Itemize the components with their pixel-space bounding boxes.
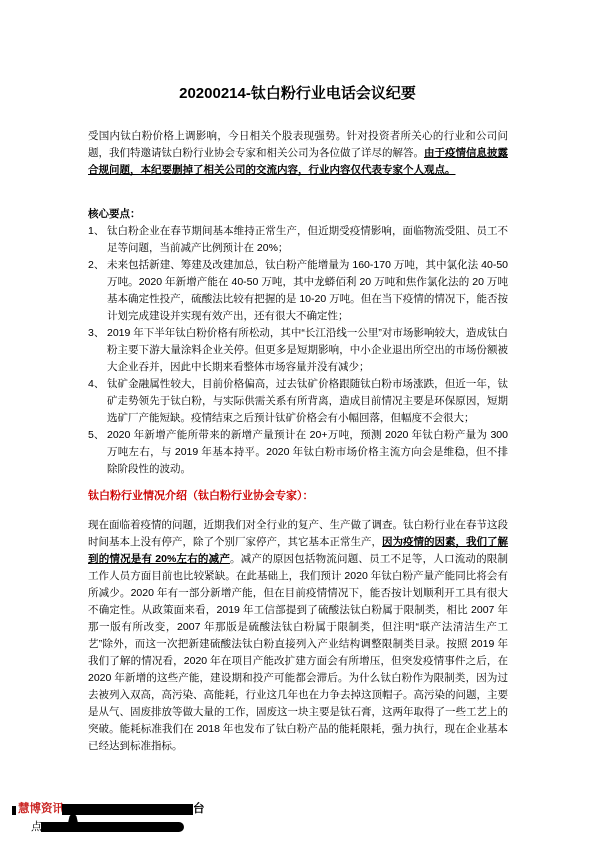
- list-item-text: 钛白粉企业在春节期间基本维持正常生产，但近期受疫情影响，面临物流受阻、员工不足等…: [107, 223, 508, 257]
- list-item-text: 2020 年新增产能所带来的新增产量预计在 20+万吨，预测 2020 年钛白粉…: [107, 427, 508, 478]
- footer-mark: [12, 806, 16, 815]
- section-body-paragraph: 现在面临着疫情的问题，近期我们对全行业的复产、生产做了调查。钛白粉行业在春节这段…: [88, 517, 508, 755]
- redaction-bar: [62, 804, 193, 815]
- key-points-heading: 核心要点：: [88, 206, 508, 223]
- key-points-section: 核心要点： 1、 钛白粉企业在春节期间基本维持正常生产，但近期受疫情影响，面临物…: [88, 206, 508, 478]
- document-title: 20200214-钛白粉行业电话会议纪要: [0, 84, 595, 104]
- list-item-text: 2019 年下半年钛白粉价格有所松动，其中“长江沿线一公里”对市场影响较大，造成…: [107, 325, 508, 376]
- list-item-number: 4、: [88, 376, 107, 427]
- redaction-bar-link[interactable]: [41, 822, 184, 832]
- section-body-text-continued: 。减产的原因包括物流问题、员工不足等，人口流动的限制工作人员方面目前也比较紧缺。…: [88, 553, 508, 752]
- list-item-number: 1、: [88, 223, 107, 257]
- list-item-number: 2、: [88, 257, 107, 325]
- list-item-number: 5、: [88, 427, 107, 478]
- intro-paragraph: 受国内钛白粉价格上调影响，今日相关个股表现强势。针对投资者所关心的行业和公司问题…: [88, 128, 508, 179]
- list-item-number: 3、: [88, 325, 107, 376]
- footer-brand-link[interactable]: 慧博资讯: [18, 802, 64, 816]
- list-item: 1、 钛白粉企业在春节期间基本维持正常生产，但近期受疫情影响，面临物流受阻、员工…: [88, 223, 508, 257]
- list-item: 4、 钛矿金融属性较大，目前价格偏高，过去钛矿价格跟随钛白粉市场涨跌，但近一年，…: [88, 376, 508, 427]
- document-page: 20200214-钛白粉行业电话会议纪要 受国内钛白粉价格上调影响，今日相关个股…: [0, 0, 595, 841]
- list-item: 2、 未来包括新建、筹建及改建加总，钛白粉产能增量为 160-170 万吨，其中…: [88, 257, 508, 325]
- section-heading: 钛白粉行业情况介绍（钛白粉行业协会专家）：: [88, 489, 508, 504]
- list-item-text: 未来包括新建、筹建及改建加总，钛白粉产能增量为 160-170 万吨，其中氯化法…: [107, 257, 508, 325]
- list-item: 3、 2019 年下半年钛白粉价格有所松动，其中“长江沿线一公里”对市场影响较大…: [88, 325, 508, 376]
- list-item: 5、 2020 年新增产能所带来的新增产量预计在 20+万吨，预测 2020 年…: [88, 427, 508, 478]
- list-item-text: 钛矿金融属性较大，目前价格偏高，过去钛矿价格跟随钛白粉市场涨跌，但近一年，钛矿走…: [107, 376, 508, 427]
- footer-tail-char: 台: [193, 802, 205, 816]
